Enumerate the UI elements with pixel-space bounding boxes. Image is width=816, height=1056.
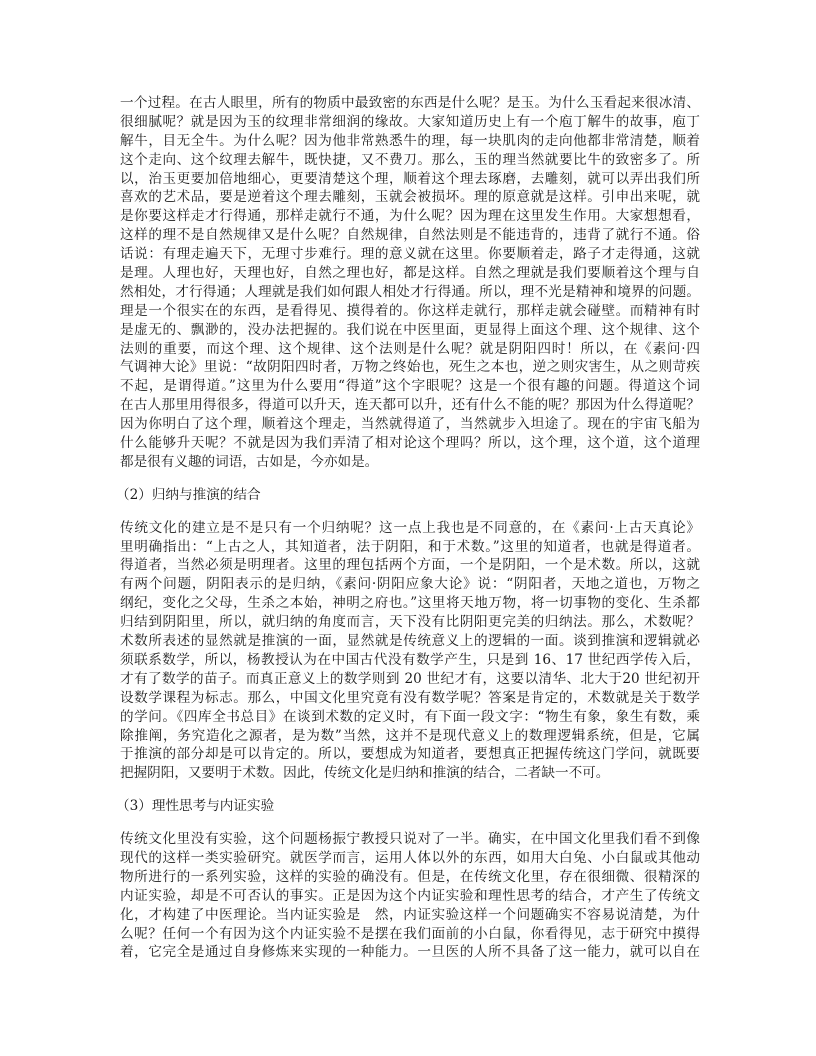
text-line: 化，才构建了中医理论。当内证实验是 然，内证实验这样一个问题确实不容易说清楚，为… — [120, 906, 700, 925]
text-line: 喜欢的艺术品，要是逆着这个理去雕刻，玉就会被损坏。理的原意就是这样。引申出来呢，… — [120, 188, 700, 207]
text-line: 归结到阴阳里，所以，就归纳的角度而言，天下没有比阴阳更完美的归纳法。那么，术数呢… — [120, 613, 700, 632]
text-line: 因为你明白了这个理，顺着这个理走，当然就得道了，当然就步入坦途了。现在的宇宙飞船… — [120, 415, 700, 434]
text-line: 是你要这样走才行得通，那样走就行不通，为什么呢？因为理在这里发生作用。大家想想看… — [120, 207, 700, 226]
text-line: 须联系数学，所以，杨教授认为在中国古代没有数学产生，只是到 16、17 世纪西学… — [120, 651, 700, 670]
paragraph-induction-deduction: 传统文化的建立是不是只有一个归纳呢？这一点上我也是不同意的，在《素问·上古天真论… — [120, 519, 700, 783]
text-line: 得道者，当然必须是明理者。这里的理包括两个方面，一个是阴阳，一个是术数。所以，这… — [120, 556, 700, 575]
text-line: 传统文化的建立是不是只有一个归纳呢？这一点上我也是不同意的，在《素问·上古天真论… — [120, 519, 700, 538]
text-line: 是理。人理也好，天理也好，自然之理也好，都是这样。自然之理就是我们要顺着这个理与… — [120, 264, 700, 283]
document-page: 一个过程。在古人眼里，所有的物质中最致密的东西是什么呢？是玉。为什么玉看起来很冰… — [120, 94, 700, 962]
text-line: 设数学课程为标志。那么，中国文化里究竟有没有数学呢？答案是肯定的，术数就是关于数… — [120, 689, 700, 708]
text-line: 然相处，才行得通；人理就是我们如何跟人相处才行得通。所以，理不光是精神和境界的问… — [120, 283, 700, 302]
text-line: 这样的理不是自然规律又是什么呢？自然规律，自然法则是不能违背的，违背了就行不通。… — [120, 226, 700, 245]
text-line: 法则的重要，而这个理、这个规律、这个法则是什么呢？就是阴阳四时！所以，在《素问·… — [120, 340, 700, 359]
text-line: 很细腻呢？就是因为玉的纹理非常细润的缘故。大家知道历史上有一个庖丁解牛的故事，庖… — [120, 113, 700, 132]
text-line: 不起，是谓得道。”这里为什么要用“得道”这个字眼呢？这是一个很有趣的问题。得道这… — [120, 377, 700, 396]
text-line: 解牛，目无全牛。为什么呢？因为他非常熟悉牛的理，每一块肌肉的走向他都非常清楚，顺… — [120, 132, 700, 151]
text-line: 把握阴阳，又要明于术数。因此，传统文化是归纳和推演的结合，二者缺一不可。 — [120, 764, 700, 783]
text-line: 里明确指出：“上古之人，其知道者，法于阴阳，和于术数。”这里的知道者，也就是得道… — [120, 538, 700, 557]
text-line: 物所进行的一系列实验，这样的实验的确没有。但是，在传统文化里，存在很细微、很精深… — [120, 868, 700, 887]
text-line: 什么能够升天呢？不就是因为我们弄清了相对论这个理吗？所以，这个理，这个道，这个道… — [120, 434, 700, 453]
text-line: 话说：有理走遍天下，无理寸步难行。理的意义就在这里。你要顺着走，路子才走得通，这… — [120, 245, 700, 264]
text-line: 传统文化里没有实验，这个问题杨振宁教授只说对了一半。确实，在中国文化里我们看不到… — [120, 830, 700, 849]
section-heading-reasoning-experiment: （3）理性思考与内证实验 — [116, 797, 700, 816]
text-line: 以，治玉更要加倍地细心，更要清楚这个理，顺着这个理去琢磨，去雕刻，就可以弄出我们… — [120, 170, 700, 189]
text-line: 于推演的部分却是可以肯定的。所以，要想成为知道者，要想真正把握传统这门学问，就既… — [120, 745, 700, 764]
section-heading-induction-deduction: （2）归纳与推演的结合 — [116, 486, 700, 505]
text-line: 有两个问题，阴阳表示的是归纳，《素问·阴阳应象大论》说：“阴阳者，天地之道也，万… — [120, 575, 700, 594]
text-line: 都是很有义趣的词语，古如是，今亦如是。 — [120, 453, 700, 472]
text-line: 这个走向、这个纹理去解牛，既快捷，又不费刀。那么，玉的理当然就要比牛的致密多了。… — [120, 151, 700, 170]
text-line: 现代的这样一类实验研究。就医学而言，运用人体以外的东西，如用大白兔、小白鼠或其他… — [120, 849, 700, 868]
paragraph-principle: 一个过程。在古人眼里，所有的物质中最致密的东西是什么呢？是玉。为什么玉看起来很冰… — [120, 94, 700, 472]
text-line: 是虚无的、飘渺的，没办法把握的。我们说在中医里面，更显得上面这个理、这个规律、这… — [120, 321, 700, 340]
text-line: 着，它完全是通过自身修炼来实现的一种能力。一旦医的人所不具备了这一能力，就可以自… — [120, 943, 700, 962]
text-line: 么呢？任何一个有因为这个内证实验不是摆在我们面前的小白鼠，你看得见，志于研究中摸… — [120, 925, 700, 944]
text-line: 气调神大论》里说：“故阴阳四时者，万物之终始也，死生之本也，逆之则灾害生，从之则… — [120, 358, 700, 377]
paragraph-reasoning-experiment: 传统文化里没有实验，这个问题杨振宁教授只说对了一半。确实，在中国文化里我们看不到… — [120, 830, 700, 962]
text-line: 的学问。《四库全书总目》在谈到术数的定义时，有下面一段文字：“物生有象，象生有数… — [120, 708, 700, 727]
text-line: 术数所表述的显然就是推演的一面，显然就是传统意义上的逻辑的一面。谈到推演和逻辑就… — [120, 632, 700, 651]
text-line: 理是一个很实在的东西，是看得见、摸得着的。你这样走就行，那样走就会碰壁。而精神有… — [120, 302, 700, 321]
text-line: 纲纪，变化之父母，生杀之本始，神明之府也。”这里将天地万物，将一切事物的变化、生… — [120, 594, 700, 613]
text-line: 除推阐，务究造化之源者，是为数”当然，这并不是现代意义上的数理逻辑系统，但是，它… — [120, 727, 700, 746]
text-line: 才有了数学的苗子。而真正意义上的数学则到 20 世纪才有，这要以清华、北大于20… — [120, 670, 700, 689]
text-line: 内证实验，却是不可否认的事实。正是因为这个内证实验和理性思考的结合，才产生了传统… — [120, 887, 700, 906]
text-line: 在古人那里用得很多，得道可以升天，连天都可以升，还有什么不能的呢？那因为什么得道… — [120, 396, 700, 415]
text-line: 一个过程。在古人眼里，所有的物质中最致密的东西是什么呢？是玉。为什么玉看起来很冰… — [120, 94, 700, 113]
